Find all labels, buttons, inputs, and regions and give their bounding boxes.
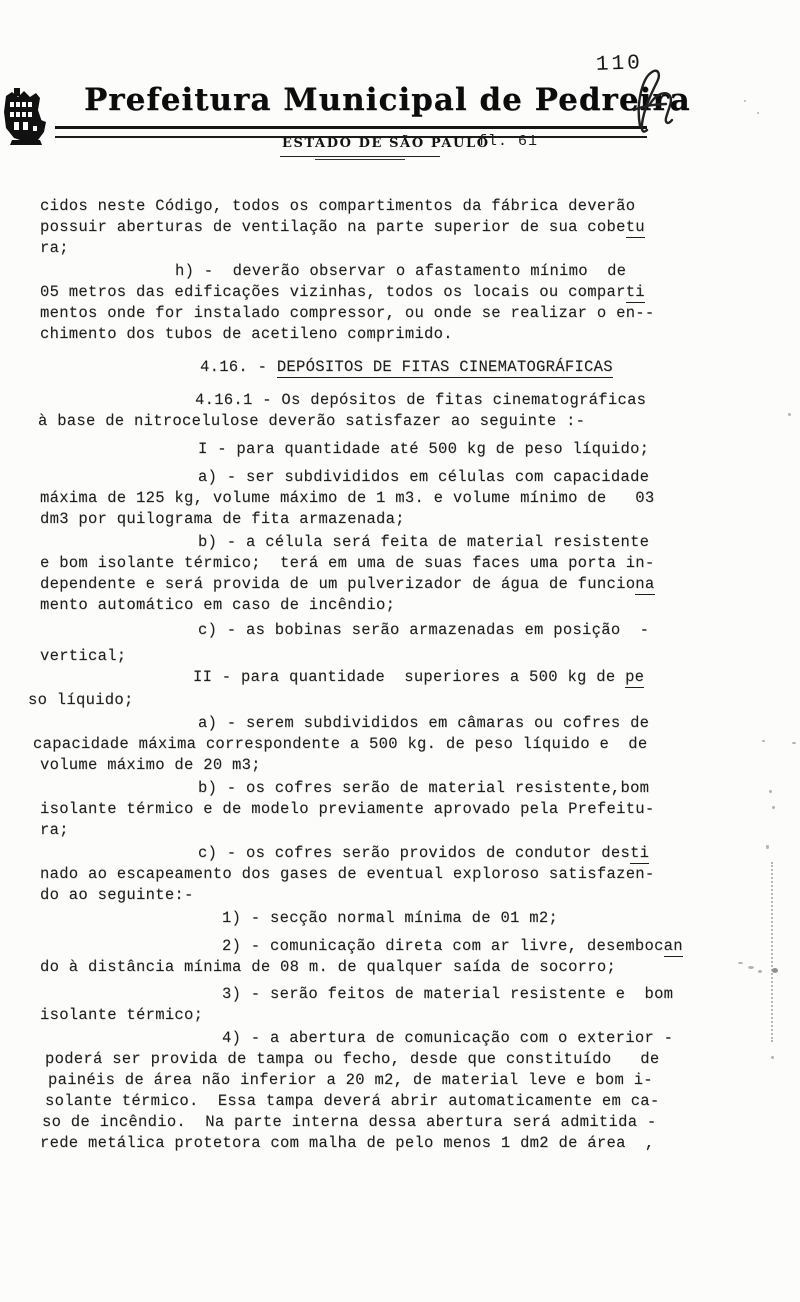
text-line: painéis de área não inferior a 20 m2, de…	[0, 1070, 800, 1091]
text-segment: vertical;	[40, 647, 126, 665]
text-line: possuir aberturas de ventilação na parte…	[0, 217, 800, 238]
text-segment: 2) - comunicação direta com ar livre, de…	[222, 937, 664, 955]
text-line: so líquido;	[0, 690, 800, 711]
text-line: 3) - serão feitos de material resistente…	[0, 984, 800, 1005]
text-line: isolante térmico;	[0, 1005, 800, 1026]
underlined-text-segment: ti	[626, 283, 645, 303]
text-segment: so líquido;	[28, 691, 134, 709]
text-line: isolante térmico e de modelo previamente…	[0, 799, 800, 820]
handwritten-paraph-icon	[626, 64, 682, 142]
text-segment: solante térmico. Essa tampa deverá abrir…	[45, 1092, 660, 1110]
scan-artifact	[757, 112, 759, 114]
scan-artifact-dotted-line	[771, 862, 773, 1042]
text-line: ra;	[0, 820, 800, 841]
text-line: rede metálica protetora com malha de pel…	[0, 1133, 800, 1154]
text-line: do ao seguinte:-	[0, 885, 800, 906]
scan-artifact	[744, 100, 746, 102]
text-line: 4) - a abertura de comunicação com o ext…	[0, 1028, 800, 1049]
text-line: cidos neste Código, todos os compartimen…	[0, 196, 800, 217]
text-segment: a) - ser subdivididos em células com cap…	[198, 468, 649, 486]
underlined-text-segment: an	[664, 937, 683, 957]
text-line: a) - ser subdivididos em células com cap…	[0, 467, 800, 488]
text-segment: painéis de área não inferior a 20 m2, de…	[48, 1071, 653, 1089]
letterhead-subtitle: ESTADO DE SÃO PAULO	[282, 136, 490, 151]
text-segment: volume máximo de 20 m3;	[40, 756, 261, 774]
text-segment: poderá ser provida de tampa ou fecho, de…	[45, 1050, 660, 1068]
text-segment: ra;	[40, 239, 69, 257]
text-segment: ra;	[40, 821, 69, 839]
text-line: dependente e será provida de um pulveriz…	[0, 574, 800, 595]
text-segment: do ao seguinte:-	[40, 886, 194, 904]
text-segment: isolante térmico;	[40, 1006, 203, 1024]
subtitle-double-underline	[280, 156, 440, 161]
text-line: c) - os cofres serão providos de conduto…	[0, 843, 800, 864]
text-line: II - para quantidade superiores a 500 kg…	[0, 667, 800, 688]
text-line: solante térmico. Essa tampa deverá abrir…	[0, 1091, 800, 1112]
text-segment: máxima de 125 kg, volume máximo de 1 m3.…	[40, 489, 655, 507]
text-line: 4.16. - DEPÓSITOS DE FITAS CINEMATOGRÁFI…	[0, 357, 800, 378]
text-segment: chimento dos tubos de acetileno comprimi…	[40, 325, 453, 343]
text-line: I - para quantidade até 500 kg de peso l…	[0, 439, 800, 460]
text-segment: b) - os cofres serão de material resiste…	[198, 779, 649, 797]
text-segment: mentos onde for instalado compressor, ou…	[40, 304, 655, 322]
text-line: mento automático em caso de incêndio;	[0, 595, 800, 616]
text-line: 4.16.1 - Os depósitos de fitas cinematog…	[0, 390, 800, 411]
scan-artifact	[738, 962, 743, 964]
text-segment: dm3 por quilograma de fita armazenada;	[40, 510, 405, 528]
letterhead-title: Prefeitura Municipal de Pedreira	[84, 82, 691, 118]
text-segment: c) - os cofres serão providos de conduto…	[198, 844, 630, 862]
text-line: 05 metros das edificações vizinhas, todo…	[0, 282, 800, 303]
text-line: capacidade máxima correspondente a 500 k…	[0, 734, 800, 755]
scanned-document-page: 110 Prefeitura Municipal de Pedreira EST…	[0, 0, 800, 1302]
scan-artifact	[758, 970, 762, 973]
scan-artifact	[788, 413, 791, 416]
scan-artifact	[748, 966, 754, 969]
text-line: máxima de 125 kg, volume máximo de 1 m3.…	[0, 488, 800, 509]
text-segment: dependente e será provida de um pulveriz…	[40, 575, 635, 593]
text-segment: isolante térmico e de modelo previamente…	[40, 800, 655, 818]
underlined-text-segment: DEPÓSITOS DE FITAS CINEMATOGRÁFICAS	[277, 358, 613, 378]
text-segment: nado ao escapeamento dos gases de eventu…	[40, 865, 655, 883]
text-line: h) - deverão observar o afastamento míni…	[0, 261, 800, 282]
underlined-text-segment: ti	[630, 844, 649, 864]
text-line: dm3 por quilograma de fita armazenada;	[0, 509, 800, 530]
municipal-coat-of-arms-icon	[2, 88, 50, 148]
text-segment: do à distância mínima de 08 m. de qualqu…	[40, 958, 616, 976]
text-line: 2) - comunicação direta com ar livre, de…	[0, 936, 800, 957]
text-segment: h) - deverão observar o afastamento míni…	[175, 262, 626, 280]
text-line: mentos onde for instalado compressor, ou…	[0, 303, 800, 324]
text-line: b) - a célula será feita de material res…	[0, 532, 800, 553]
text-segment: a) - serem subdivididos em câmaras ou co…	[198, 714, 649, 732]
scan-artifact	[762, 740, 765, 742]
text-line: vertical;	[0, 646, 800, 667]
underlined-text-segment: tu	[626, 218, 645, 238]
text-segment: 1) - secção normal mínima de 01 m2;	[222, 909, 558, 927]
text-segment: I - para quantidade até 500 kg de peso l…	[198, 440, 649, 458]
scan-artifact	[772, 968, 778, 973]
scan-artifact	[792, 742, 796, 744]
text-segment: mento automático em caso de incêndio;	[40, 596, 395, 614]
underlined-text-segment: na	[635, 575, 654, 595]
text-segment: 4.16.1 - Os depósitos de fitas cinematog…	[195, 391, 646, 409]
text-segment: capacidade máxima correspondente a 500 k…	[33, 735, 648, 753]
text-segment: 4.16. -	[200, 358, 277, 376]
text-line: volume máximo de 20 m3;	[0, 755, 800, 776]
text-line: b) - os cofres serão de material resiste…	[0, 778, 800, 799]
scan-artifact	[769, 790, 772, 793]
text-line: so de incêndio. Na parte interna dessa a…	[0, 1112, 800, 1133]
text-line: c) - as bobinas serão armazenadas em pos…	[0, 620, 800, 641]
text-line: e bom isolante térmico; terá em uma de s…	[0, 553, 800, 574]
text-line: do à distância mínima de 08 m. de qualqu…	[0, 957, 800, 978]
text-line: nado ao escapeamento dos gases de eventu…	[0, 864, 800, 885]
underlined-text-segment: pe	[625, 668, 644, 688]
document-lines: cidos neste Código, todos os compartimen…	[0, 196, 800, 1154]
scan-artifact	[771, 1056, 774, 1059]
text-segment: possuir aberturas de ventilação na parte…	[40, 218, 626, 236]
text-segment: c) - as bobinas serão armazenadas em pos…	[198, 621, 649, 639]
text-line: 1) - secção normal mínima de 01 m2;	[0, 908, 800, 929]
folio-number: fl. 61	[478, 133, 538, 150]
text-segment: e bom isolante térmico; terá em uma de s…	[40, 554, 655, 572]
text-line: a) - serem subdivididos em câmaras ou co…	[0, 713, 800, 734]
scan-artifact	[772, 806, 775, 809]
text-line: ra;	[0, 238, 800, 259]
text-segment: cidos neste Código, todos os compartimen…	[40, 197, 635, 215]
text-line: chimento dos tubos de acetileno comprimi…	[0, 324, 800, 345]
text-segment: b) - a célula será feita de material res…	[198, 533, 649, 551]
text-line: à base de nitrocelulose deverão satisfaz…	[0, 411, 800, 432]
text-segment: II - para quantidade superiores a 500 kg…	[193, 668, 625, 686]
text-segment: 05 metros das edificações vizinhas, todo…	[40, 283, 626, 301]
scan-artifact	[766, 845, 769, 849]
text-segment: 3) - serão feitos de material resistente…	[222, 985, 673, 1003]
text-line: poderá ser provida de tampa ou fecho, de…	[0, 1049, 800, 1070]
text-segment: 4) - a abertura de comunicação com o ext…	[222, 1029, 673, 1047]
text-segment: à base de nitrocelulose deverão satisfaz…	[38, 412, 585, 430]
text-segment: rede metálica protetora com malha de pel…	[40, 1134, 655, 1152]
text-segment: so de incêndio. Na parte interna dessa a…	[42, 1113, 657, 1131]
